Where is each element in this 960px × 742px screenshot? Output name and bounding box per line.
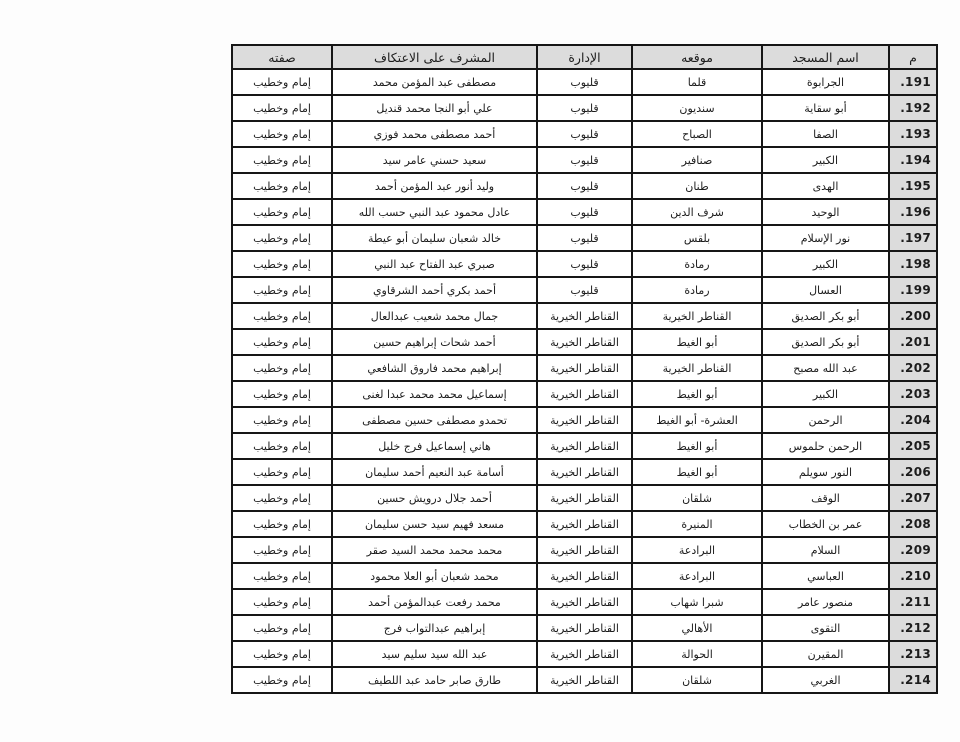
table-row: .211منصور عامرشبرا شهابالقناطر الخيريةمح… <box>232 589 937 615</box>
table-row: .197نور الإسلامبلقسقليوبخالد شعبان سليما… <box>232 225 937 251</box>
cell-supervisor: عبد الله سيد سليم سيد <box>332 641 537 667</box>
cell-mosque: منصور عامر <box>762 589 889 615</box>
mosques-itikaf-table: ماسم المسجدموقعهالإدارةالمشرف على الاعتك… <box>231 44 938 694</box>
cell-no: .207 <box>889 485 937 511</box>
cell-role: إمام وخطيب <box>232 329 332 355</box>
cell-location: صنافير <box>632 147 762 173</box>
cell-mosque: العباسي <box>762 563 889 589</box>
cell-no: .209 <box>889 537 937 563</box>
cell-role: إمام وخطيب <box>232 459 332 485</box>
cell-role: إمام وخطيب <box>232 225 332 251</box>
cell-mosque: التقوى <box>762 615 889 641</box>
cell-role: إمام وخطيب <box>232 511 332 537</box>
cell-supervisor: أسامة عبد النعيم أحمد سليمان <box>332 459 537 485</box>
column-header-location: موقعه <box>632 45 762 69</box>
cell-mosque: عمر بن الخطاب <box>762 511 889 537</box>
cell-no: .197 <box>889 225 937 251</box>
cell-role: إمام وخطيب <box>232 251 332 277</box>
cell-role: إمام وخطيب <box>232 277 332 303</box>
table-row: .201أبو بكر الصديقأبو الغيطالقناطر الخير… <box>232 329 937 355</box>
cell-supervisor: تحمدو مصطفى حسين مصطفى <box>332 407 537 433</box>
cell-location: شلقان <box>632 667 762 693</box>
cell-no: .205 <box>889 433 937 459</box>
cell-role: إمام وخطيب <box>232 485 332 511</box>
table-row: .193الصفاالصباحقليوبأحمد مصطفى محمد فوزي… <box>232 121 937 147</box>
cell-admin: القناطر الخيرية <box>537 433 632 459</box>
table-row: .214الغربيشلقانالقناطر الخيريةطارق صابر … <box>232 667 937 693</box>
cell-supervisor: وليد أنور عبد المؤمن أحمد <box>332 173 537 199</box>
cell-mosque: الكبير <box>762 381 889 407</box>
cell-location: أبو الغيط <box>632 433 762 459</box>
cell-no: .206 <box>889 459 937 485</box>
cell-role: إمام وخطيب <box>232 381 332 407</box>
column-header-supervisor: المشرف على الاعتكاف <box>332 45 537 69</box>
cell-location: طنان <box>632 173 762 199</box>
cell-admin: القناطر الخيرية <box>537 355 632 381</box>
cell-location: قلما <box>632 69 762 95</box>
cell-location: الأهالي <box>632 615 762 641</box>
cell-no: .198 <box>889 251 937 277</box>
cell-mosque: الهدى <box>762 173 889 199</box>
cell-mosque: الصفا <box>762 121 889 147</box>
cell-supervisor: صبري عبد الفتاح عبد النبي <box>332 251 537 277</box>
cell-mosque: أبو بكر الصديق <box>762 303 889 329</box>
table-body: .191الجرابوةقلماقليوبمصطفى عبد المؤمن مح… <box>232 69 937 693</box>
table-row: .212التقوىالأهاليالقناطر الخيريةإبراهيم … <box>232 615 937 641</box>
cell-admin: قليوب <box>537 121 632 147</box>
cell-location: القناطر الخيرية <box>632 303 762 329</box>
cell-mosque: الكبير <box>762 251 889 277</box>
cell-no: .195 <box>889 173 937 199</box>
cell-location: شلقان <box>632 485 762 511</box>
cell-mosque: الجرابوة <box>762 69 889 95</box>
cell-mosque: الكبير <box>762 147 889 173</box>
cell-mosque: الوقف <box>762 485 889 511</box>
cell-location: القناطر الخيرية <box>632 355 762 381</box>
cell-supervisor: مصطفى عبد المؤمن محمد <box>332 69 537 95</box>
cell-mosque: أبو بكر الصديق <box>762 329 889 355</box>
cell-admin: القناطر الخيرية <box>537 641 632 667</box>
cell-no: .214 <box>889 667 937 693</box>
table-row: .194الكبيرصنافيرقليوبسعيد حسني عامر سيدإ… <box>232 147 937 173</box>
column-header-mosque: اسم المسجد <box>762 45 889 69</box>
cell-no: .199 <box>889 277 937 303</box>
cell-role: إمام وخطيب <box>232 563 332 589</box>
table-row: .203الكبيرأبو الغيطالقناطر الخيريةإسماعي… <box>232 381 937 407</box>
cell-role: إمام وخطيب <box>232 121 332 147</box>
cell-location: العشرة- أبو الغيط <box>632 407 762 433</box>
cell-role: إمام وخطيب <box>232 303 332 329</box>
cell-supervisor: محمد رفعت عبدالمؤمن أحمد <box>332 589 537 615</box>
cell-supervisor: عادل محمود عبد النبي حسب الله <box>332 199 537 225</box>
cell-admin: القناطر الخيرية <box>537 511 632 537</box>
cell-role: إمام وخطيب <box>232 95 332 121</box>
cell-admin: القناطر الخيرية <box>537 303 632 329</box>
cell-admin: قليوب <box>537 69 632 95</box>
table-header: ماسم المسجدموقعهالإدارةالمشرف على الاعتك… <box>232 45 937 69</box>
cell-mosque: الوحيد <box>762 199 889 225</box>
cell-mosque: السلام <box>762 537 889 563</box>
table-row: .199العسالرمادةقليوبأحمد بكري أحمد الشرق… <box>232 277 937 303</box>
cell-no: .212 <box>889 615 937 641</box>
cell-no: .204 <box>889 407 937 433</box>
cell-admin: القناطر الخيرية <box>537 485 632 511</box>
cell-location: سنديون <box>632 95 762 121</box>
table-row: .198الكبيررمادةقليوبصبري عبد الفتاح عبد … <box>232 251 937 277</box>
cell-location: البرادعة <box>632 537 762 563</box>
cell-supervisor: سعيد حسني عامر سيد <box>332 147 537 173</box>
cell-supervisor: إسماعيل محمد محمد عبدا لغنى <box>332 381 537 407</box>
table-row: .191الجرابوةقلماقليوبمصطفى عبد المؤمن مح… <box>232 69 937 95</box>
cell-supervisor: محمد شعبان أبو العلا محمود <box>332 563 537 589</box>
table-row: .206النور سويلمأبو الغيطالقناطر الخيريةأ… <box>232 459 937 485</box>
cell-mosque: نور الإسلام <box>762 225 889 251</box>
table-row: .213المقيرنالحوالةالقناطر الخيريةعبد الل… <box>232 641 937 667</box>
cell-no: .210 <box>889 563 937 589</box>
cell-supervisor: إبراهيم محمد فاروق الشافعي <box>332 355 537 381</box>
table-row: .210العباسيالبرادعةالقناطر الخيريةمحمد ش… <box>232 563 937 589</box>
cell-mosque: النور سويلم <box>762 459 889 485</box>
cell-supervisor: أحمد مصطفى محمد فوزي <box>332 121 537 147</box>
cell-mosque: الغربي <box>762 667 889 693</box>
cell-admin: القناطر الخيرية <box>537 381 632 407</box>
table-row: .208عمر بن الخطابالمنيرةالقناطر الخيريةم… <box>232 511 937 537</box>
cell-role: إمام وخطيب <box>232 433 332 459</box>
cell-admin: القناطر الخيرية <box>537 329 632 355</box>
cell-location: الحوالة <box>632 641 762 667</box>
cell-supervisor: محمد محمد محمد السيد صقر <box>332 537 537 563</box>
cell-admin: قليوب <box>537 277 632 303</box>
cell-role: إمام وخطيب <box>232 69 332 95</box>
cell-supervisor: مسعد فهيم سيد حسن سليمان <box>332 511 537 537</box>
cell-location: المنيرة <box>632 511 762 537</box>
cell-mosque: الرحمن <box>762 407 889 433</box>
cell-admin: قليوب <box>537 173 632 199</box>
cell-role: إمام وخطيب <box>232 641 332 667</box>
cell-admin: القناطر الخيرية <box>537 615 632 641</box>
cell-no: .208 <box>889 511 937 537</box>
cell-admin: القناطر الخيرية <box>537 589 632 615</box>
cell-supervisor: أحمد جلال درويش حسين <box>332 485 537 511</box>
cell-role: إمام وخطيب <box>232 173 332 199</box>
cell-no: .203 <box>889 381 937 407</box>
cell-admin: قليوب <box>537 251 632 277</box>
cell-mosque: أبو سقاية <box>762 95 889 121</box>
cell-location: أبو الغيط <box>632 459 762 485</box>
cell-mosque: الرحمن حلموس <box>762 433 889 459</box>
cell-mosque: المقيرن <box>762 641 889 667</box>
cell-no: .194 <box>889 147 937 173</box>
cell-role: إمام وخطيب <box>232 589 332 615</box>
cell-mosque: عبد الله مصبح <box>762 355 889 381</box>
cell-no: .213 <box>889 641 937 667</box>
document-page: ماسم المسجدموقعهالإدارةالمشرف على الاعتك… <box>0 0 960 742</box>
table-row: .207الوقفشلقانالقناطر الخيريةأحمد جلال د… <box>232 485 937 511</box>
cell-role: إمام وخطيب <box>232 407 332 433</box>
cell-no: .196 <box>889 199 937 225</box>
cell-location: أبو الغيط <box>632 381 762 407</box>
cell-location: رمادة <box>632 251 762 277</box>
header-row: ماسم المسجدموقعهالإدارةالمشرف على الاعتك… <box>232 45 937 69</box>
cell-admin: القناطر الخيرية <box>537 537 632 563</box>
cell-supervisor: أحمد بكري أحمد الشرقاوي <box>332 277 537 303</box>
cell-role: إمام وخطيب <box>232 147 332 173</box>
table-row: .195الهدىطنانقليوبوليد أنور عبد المؤمن أ… <box>232 173 937 199</box>
cell-location: بلقس <box>632 225 762 251</box>
cell-admin: القناطر الخيرية <box>537 459 632 485</box>
cell-admin: قليوب <box>537 95 632 121</box>
cell-supervisor: هاني إسماعيل فرج خليل <box>332 433 537 459</box>
cell-location: البرادعة <box>632 563 762 589</box>
table-row: .196الوحيدشرف الدينقليوبعادل محمود عبد ا… <box>232 199 937 225</box>
cell-no: .192 <box>889 95 937 121</box>
cell-admin: القناطر الخيرية <box>537 563 632 589</box>
cell-role: إمام وخطيب <box>232 615 332 641</box>
cell-admin: قليوب <box>537 225 632 251</box>
column-header-admin: الإدارة <box>537 45 632 69</box>
cell-no: .193 <box>889 121 937 147</box>
cell-supervisor: إبراهيم عبدالتواب فرج <box>332 615 537 641</box>
cell-admin: قليوب <box>537 147 632 173</box>
cell-supervisor: طارق صابر حامد عبد اللطيف <box>332 667 537 693</box>
cell-mosque: العسال <box>762 277 889 303</box>
table-row: .204الرحمنالعشرة- أبو الغيطالقناطر الخير… <box>232 407 937 433</box>
cell-location: شبرا شهاب <box>632 589 762 615</box>
cell-role: إمام وخطيب <box>232 199 332 225</box>
cell-role: إمام وخطيب <box>232 537 332 563</box>
cell-admin: قليوب <box>537 199 632 225</box>
cell-location: شرف الدين <box>632 199 762 225</box>
cell-no: .191 <box>889 69 937 95</box>
cell-no: .211 <box>889 589 937 615</box>
cell-location: أبو الغيط <box>632 329 762 355</box>
table-row: .200أبو بكر الصديقالقناطر الخيريةالقناطر… <box>232 303 937 329</box>
cell-role: إمام وخطيب <box>232 667 332 693</box>
cell-admin: القناطر الخيرية <box>537 407 632 433</box>
cell-role: إمام وخطيب <box>232 355 332 381</box>
table-row: .202عبد الله مصبحالقناطر الخيريةالقناطر … <box>232 355 937 381</box>
table-row: .205الرحمن حلموسأبو الغيطالقناطر الخيرية… <box>232 433 937 459</box>
cell-no: .201 <box>889 329 937 355</box>
cell-supervisor: خالد شعبان سليمان أبو عيطة <box>332 225 537 251</box>
table-row: .209السلامالبرادعةالقناطر الخيريةمحمد مح… <box>232 537 937 563</box>
cell-location: رمادة <box>632 277 762 303</box>
cell-no: .202 <box>889 355 937 381</box>
cell-supervisor: جمال محمد شعيب عبدالعال <box>332 303 537 329</box>
cell-no: .200 <box>889 303 937 329</box>
cell-supervisor: علي أبو النجا محمد قنديل <box>332 95 537 121</box>
cell-supervisor: أحمد شحات إبراهيم حسين <box>332 329 537 355</box>
column-header-role: صفته <box>232 45 332 69</box>
cell-location: الصباح <box>632 121 762 147</box>
cell-admin: القناطر الخيرية <box>537 667 632 693</box>
table-row: .192أبو سقايةسنديونقليوبعلي أبو النجا مح… <box>232 95 937 121</box>
column-header-no: م <box>889 45 937 69</box>
